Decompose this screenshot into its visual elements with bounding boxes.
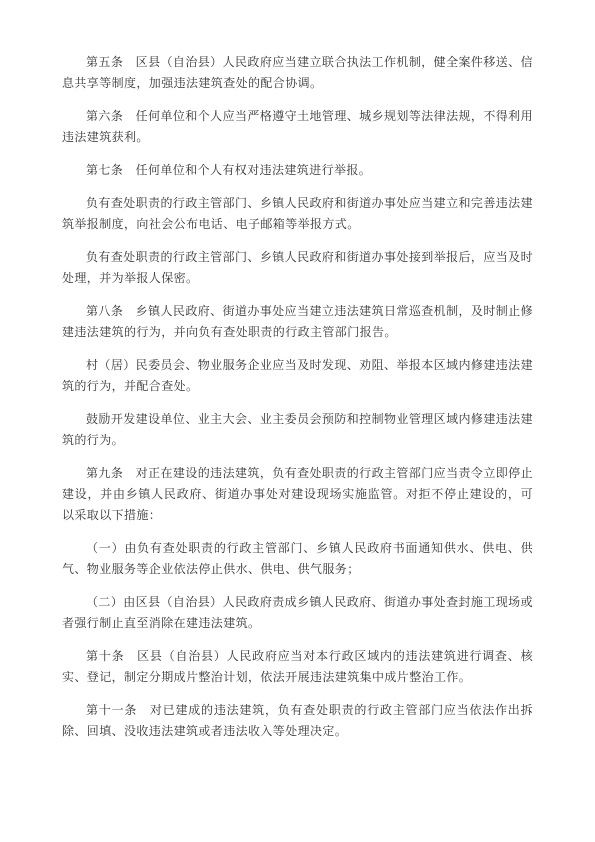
paragraph-article-8: 第八条 乡镇人民政府、街道办事处应当建立违法建筑日常巡查机制，及时制止修建违法建… xyxy=(62,301,533,343)
paragraph-article-7: 第七条 任何单位和个人有权对违法建筑进行举报。 xyxy=(62,160,533,181)
paragraph-article-7-clause-3: 负有查处职责的行政主管部门、乡镇人民政府和街道办事处接到举报后，应当及时处理，并… xyxy=(62,247,533,289)
paragraph-article-11: 第十一条 对已建成的违法建筑，负有查处职责的行政主管部门应当依法作出拆除、回填、… xyxy=(62,700,533,742)
paragraph-article-9-item-1: （一）由负有查处职责的行政主管部门、乡镇人民政府书面通知供水、供电、供气、物业服… xyxy=(62,538,533,580)
paragraph-article-5: 第五条 区县（自治县）人民政府应当建立联合执法工作机制，健全案件移送、信息共享等… xyxy=(62,52,533,94)
paragraph-article-8-clause-2: 村（居）民委员会、物业服务企业应当及时发现、劝阻、举报本区域内修建违法建筑的行为… xyxy=(62,355,533,397)
paragraph-article-10: 第十条 区县（自治县）人民政府应当对本行政区域内的违法建筑进行调查、核实、登记，… xyxy=(62,646,533,688)
paragraph-article-7-clause-2: 负有查处职责的行政主管部门、乡镇人民政府和街道办事处应当建立和完善违法建筑举报制… xyxy=(62,193,533,235)
paragraph-article-9: 第九条 对正在建设的违法建筑，负有查处职责的行政主管部门应当责令立即停止建设，并… xyxy=(62,463,533,526)
paragraph-article-6: 第六条 任何单位和个人应当严格遵守土地管理、城乡规划等法律法规，不得利用违法建筑… xyxy=(62,106,533,148)
paragraph-article-9-item-2: （二）由区县（自治县）人民政府责成乡镇人民政府、街道办事处查封施工现场或者强行制… xyxy=(62,592,533,634)
document-page: 第五条 区县（自治县）人民政府应当建立联合执法工作机制，健全案件移送、信息共享等… xyxy=(0,0,595,842)
paragraph-article-8-clause-3: 鼓励开发建设单位、业主大会、业主委员会预防和控制物业管理区域内修建违法建筑的行为… xyxy=(62,409,533,451)
